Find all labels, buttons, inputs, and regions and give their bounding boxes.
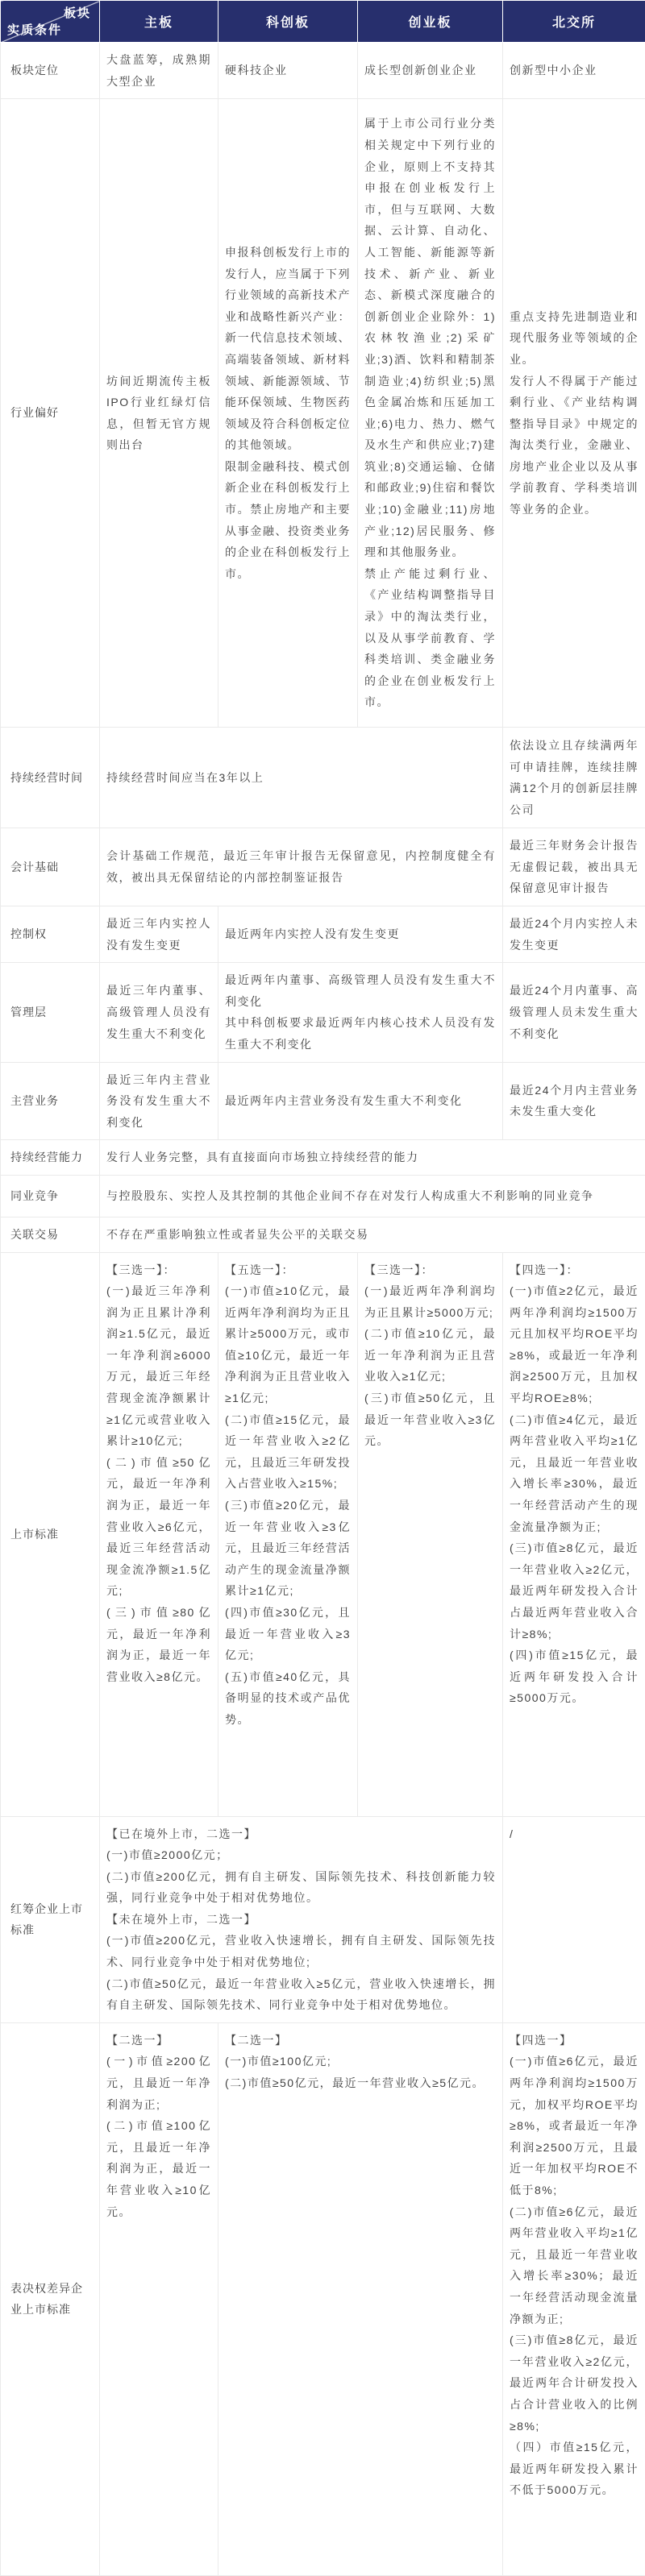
wvr-main-header: 【二选一】 [106,2030,211,2051]
red-chip-unlisted-item-2: (二)市值≥50亿元，最近一年营业收入≥5亿元，营业收入快速增长，拥有自主研发、… [106,1973,496,2016]
cell-positioning-bse: 创新型中小企业 [503,43,645,99]
row-competition: 同业竞争 与控股股东、实控人及其控制的其他企业间不存在对发行人构成重大不利影响的… [1,1175,645,1217]
row-main-business: 主营业务 最近三年内主营业务没有发生重大不利变化 最近两年内主营业务没有发生重大… [1,1062,645,1140]
listing-bse-item-4: (四)市值≥15亿元，最近两年研发投入合计≥5000万元。 [510,1645,639,1709]
cell-going-concern-merged: 发行人业务完整，具有直接面向市场独立持续经营的能力 [100,1140,645,1176]
listing-main-item-2: (二)市值≥50亿元，最近一年净利润为正，最近一年营业收入≥6亿元，最近三年经营… [106,1452,211,1602]
industry-bse-p1: 重点支持先进制造业和现代服务业等领域的企业。 [510,306,639,371]
listing-chinext-item-1: (一)最近两年净利润均为正且累计≥5000万元; [364,1280,496,1323]
cell-management-main: 最近三年内董事、高级管理人员没有发生重大不利变化 [100,963,218,1062]
listing-star-item-5: (五)市值≥40亿元，具备明显的技术或产品优势。 [225,1666,351,1731]
row-operating-years: 持续经营时间 持续经营时间应当在3年以上 依法设立且存续满两年可申请挂牌，连续挂… [1,728,645,828]
wvr-bse-item-1: (一)市值≥6亿元，最近两年净利润均≥1500万元，加权平均ROE平均≥8%，或… [510,2051,639,2201]
cell-listing-chinext: 【三选一】： (一)最近两年净利润均为正且累计≥5000万元; (二)市值≥10… [358,1252,503,1816]
red-chip-header-1: 【已在境外上市，二选一】 [106,1823,496,1845]
row-label-wvr: 表决权差异企业上市标准 [1,2022,100,2575]
cell-control-main: 最近三年内实控人没有发生变更 [100,906,218,962]
listing-main-item-3: (三)市值≥80亿元，最近一年净利润为正，最近一年营业收入≥8亿元。 [106,1602,211,1687]
cell-listing-main: 【三选一】： (一)最近三年净利润为正且累计净利润≥1.5亿元，最近一年净利润≥… [100,1252,218,1816]
row-wvr: 表决权差异企业上市标准 【二选一】 (一)市值≥200亿元，且最近一年净利润为正… [1,2022,645,2575]
cell-management-merged: 最近两年内董事、高级管理人员没有发生重大不利变化 其中科创板要求最近两年内核心技… [218,963,503,1062]
red-chip-header-2: 【未在境外上市，二选一】 [106,1909,496,1931]
cell-control-merged: 最近两年内实控人没有发生变更 [218,906,503,962]
column-header-main: 主板 [100,1,218,43]
listing-comparison-table: 板块 实质条件 主板 科创板 创业板 北交所 板块定位 大盘蓝筹，成熟期大型企业… [0,0,645,2576]
row-label-positioning: 板块定位 [1,43,100,99]
header-row: 板块 实质条件 主板 科创板 创业板 北交所 [1,1,645,43]
row-red-chip: 红筹企业上市标准 【已在境外上市，二选一】 (一)市值≥2000亿元； (二)市… [1,1816,645,2022]
listing-main-header: 【三选一】： [106,1259,211,1281]
row-control: 控制权 最近三年内实控人没有发生变更 最近两年内实控人没有发生变更 最近24个月… [1,906,645,962]
listing-bse-item-3: (三)市值≥8亿元，最近一年营业收入≥2亿元，最近两年研发投入合计占最近两年营业… [510,1537,639,1645]
cell-control-bse: 最近24个月内实控人未发生变更 [503,906,645,962]
red-chip-unlisted-item-1: (一)市值≥200亿元，营业收入快速增长，拥有自主研发、国际领先技术、同行业竞争… [106,1930,496,1972]
listing-star-item-2: (二)市值≥15亿元，最近一年营业收入≥2亿元，且最近三年研发投入占营业收入≥1… [225,1409,351,1495]
cell-wvr-merged: 【二选一】 (一)市值≥100亿元; (二)市值≥50亿元，最近一年营业收入≥5… [218,2022,503,2575]
cell-industry-star: 申报科创板发行上市的发行人，应当属于下列行业领域的高新技术产业和战略性新兴产业：… [218,99,358,728]
row-label-control: 控制权 [1,906,100,962]
industry-chinext-p1: 属于上市公司行业分类相关规定中下列行业的企业，原则上不支持其申报在创业板发行上市… [364,113,496,562]
cell-positioning-chinext: 成长型创新创业企业 [358,43,503,99]
industry-star-p2: 限制金融科技、模式创新企业在科创板发行上市。禁止房地产和主要从事金融、投资类业务… [225,456,351,585]
corner-bottom-label: 实质条件 [7,21,62,38]
listing-bse-header: 【四选一】： [510,1259,639,1281]
row-label-red-chip: 红筹企业上市标准 [1,1816,100,2022]
listing-star-header: 【五选一】： [225,1259,351,1281]
management-merged-p1: 最近两年内董事、高级管理人员没有发生重大不利变化 [225,969,496,1012]
row-label-listing-standards: 上市标准 [1,1252,100,1816]
wvr-bse-header: 【四选一】 [510,2030,639,2051]
cell-operating-years-bse: 依法设立且存续满两年可申请挂牌，连续挂牌满12个月的创新层挂牌公司 [503,728,645,828]
red-chip-listed-item-1: (一)市值≥2000亿元； [106,1844,496,1866]
cell-main-business-merged: 最近两年内主营业务没有发生重大不利变化 [218,1062,503,1140]
cell-main-business-bse: 最近24个月内主营业务未发生重大变化 [503,1062,645,1140]
cell-management-bse: 最近24个月内董事、高级管理人员未发生重大不利变化 [503,963,645,1062]
red-chip-listed-item-2: (二)市值≥200亿元，拥有自主研发、国际领先技术、科技创新能力较强，同行业竞争… [106,1866,496,1909]
cell-wvr-main: 【二选一】 (一)市值≥200亿元，且最近一年净利润为正; (二)市值≥100亿… [100,2022,218,2575]
cell-positioning-star: 硬科技企业 [218,43,358,99]
listing-star-item-1: (一)市值≥10亿元，最近两年净利润均为正且累计≥5000万元，或市值≥10亿元… [225,1280,351,1409]
listing-main-item-1: (一)最近三年净利润为正且累计净利润≥1.5亿元，最近一年净利润≥6000万元，… [106,1280,211,1452]
cell-red-chip-merged: 【已在境外上市，二选一】 (一)市值≥2000亿元； (二)市值≥200亿元，拥… [100,1816,503,2022]
row-management: 管理层 最近三年内董事、高级管理人员没有发生重大不利变化 最近两年内董事、高级管… [1,963,645,1062]
row-label-competition: 同业竞争 [1,1175,100,1217]
cell-industry-chinext: 属于上市公司行业分类相关规定中下列行业的企业，原则上不支持其申报在创业板发行上市… [358,99,503,728]
cell-accounting-bse: 最近三年财务会计报告无虚假记载，被出具无保留意见审计报告 [503,828,645,906]
listing-chinext-item-3: (三)市值≥50亿元，且最近一年营业收入≥3亿元。 [364,1388,496,1452]
industry-bse-p2: 发行人不得属于产能过剩行业、《产业结构调整指导目录》中规定的淘汰类行业，金融业、… [510,371,639,521]
row-positioning: 板块定位 大盘蓝筹，成熟期大型企业 硬科技企业 成长型创新创业企业 创新型中小企… [1,43,645,99]
corner-cell: 板块 实质条件 [1,1,100,43]
listing-chinext-header: 【三选一】： [364,1259,496,1281]
cell-competition-merged: 与控股股东、实控人及其控制的其他企业间不存在对发行人构成重大不利影响的同业竞争 [100,1175,645,1217]
row-label-management: 管理层 [1,963,100,1062]
cell-red-chip-bse: / [503,1816,645,2022]
row-going-concern: 持续经营能力 发行人业务完整，具有直接面向市场独立持续经营的能力 [1,1140,645,1176]
cell-accounting-merged: 会计基础工作规范，最近三年审计报告无保留意见，内控制度健全有效，被出具无保留结论… [100,828,503,906]
listing-chinext-item-2: (二)市值≥10亿元，最近一年净利润为正且营业收入≥1亿元; [364,1323,496,1388]
wvr-bse-item-2: (二)市值≥6亿元，最近两年营业收入平均≥1亿元，且最近一年营业收入增长率≥30… [510,2201,639,2330]
wvr-merged-header: 【二选一】 [225,2030,496,2051]
row-label-related-party: 关联交易 [1,1217,100,1252]
cell-positioning-main: 大盘蓝筹，成熟期大型企业 [100,43,218,99]
row-related-party: 关联交易 不存在严重影响独立性或者显失公平的关联交易 [1,1217,645,1252]
wvr-bse-item-4: （四）市值≥15亿元，最近两年研发投入累计不低于5000万元。 [510,2437,639,2501]
row-label-industry: 行业偏好 [1,99,100,728]
wvr-merged-item-1: (一)市值≥100亿元; [225,2051,496,2072]
wvr-bse-item-3: (三)市值≥8亿元，最近一年营业收入≥2亿元，最近两年合计研发投入占合计营业收入… [510,2329,639,2437]
row-label-main-business: 主营业务 [1,1062,100,1140]
column-header-chinext: 创业板 [358,1,503,43]
row-accounting: 会计基础 会计基础工作规范，最近三年审计报告无保留意见，内控制度健全有效，被出具… [1,828,645,906]
listing-bse-item-2: (二)市值≥4亿元，最近两年营业收入平均≥1亿元，且最近一年营业收入增长率≥30… [510,1409,639,1538]
listing-bse-item-1: (一)市值≥2亿元，最近两年净利润均≥1500万元且加权平均ROE平均≥8%，或… [510,1280,639,1409]
listing-star-item-3: (三)市值≥20亿元，最近一年营业收入≥3亿元，且最近三年经营活动产生的现金流量… [225,1495,351,1602]
listing-star-item-4: (四)市值≥30亿元，且最近一年营业收入≥3亿元; [225,1602,351,1666]
cell-related-party-merged: 不存在严重影响独立性或者显失公平的关联交易 [100,1217,645,1252]
wvr-merged-item-2: (二)市值≥50亿元，最近一年营业收入≥5亿元。 [225,2072,496,2094]
industry-chinext-p2: 禁止产能过剩行业、《产业结构调整指导目录》中的淘汰类行业，以及从事学前教育、学科… [364,563,496,713]
row-label-accounting: 会计基础 [1,828,100,906]
wvr-main-item-2: (二)市值≥100亿元，且最近一年净利润为正，最近一年营业收入≥10亿元。 [106,2115,211,2222]
cell-operating-years-merged: 持续经营时间应当在3年以上 [100,728,503,828]
cell-industry-bse: 重点支持先进制造业和现代服务业等领域的企业。 发行人不得属于产能过剩行业、《产业… [503,99,645,728]
row-listing-standards: 上市标准 【三选一】： (一)最近三年净利润为正且累计净利润≥1.5亿元，最近一… [1,1252,645,1816]
cell-industry-main: 坊间近期流传主板IPO行业红绿灯信息，但暂无官方规则出台 [100,99,218,728]
column-header-bse: 北交所 [503,1,645,43]
row-label-going-concern: 持续经营能力 [1,1140,100,1176]
wvr-main-item-1: (一)市值≥200亿元，且最近一年净利润为正; [106,2051,211,2115]
corner-top-label: 板块 [64,4,91,21]
industry-star-p1: 申报科创板发行上市的发行人，应当属于下列行业领域的高新技术产业和战略性新兴产业：… [225,242,351,456]
management-merged-p2: 其中科创板要求最近两年内核心技术人员没有发生重大不利变化 [225,1012,496,1055]
cell-listing-bse: 【四选一】： (一)市值≥2亿元，最近两年净利润均≥1500万元且加权平均ROE… [503,1252,645,1816]
column-header-star: 科创板 [218,1,358,43]
row-label-operating-years: 持续经营时间 [1,728,100,828]
cell-wvr-bse: 【四选一】 (一)市值≥6亿元，最近两年净利润均≥1500万元，加权平均ROE平… [503,2022,645,2575]
cell-main-business-main: 最近三年内主营业务没有发生重大不利变化 [100,1062,218,1140]
row-industry: 行业偏好 坊间近期流传主板IPO行业红绿灯信息，但暂无官方规则出台 申报科创板发… [1,99,645,728]
cell-listing-star: 【五选一】： (一)市值≥10亿元，最近两年净利润均为正且累计≥5000万元，或… [218,1252,358,1816]
